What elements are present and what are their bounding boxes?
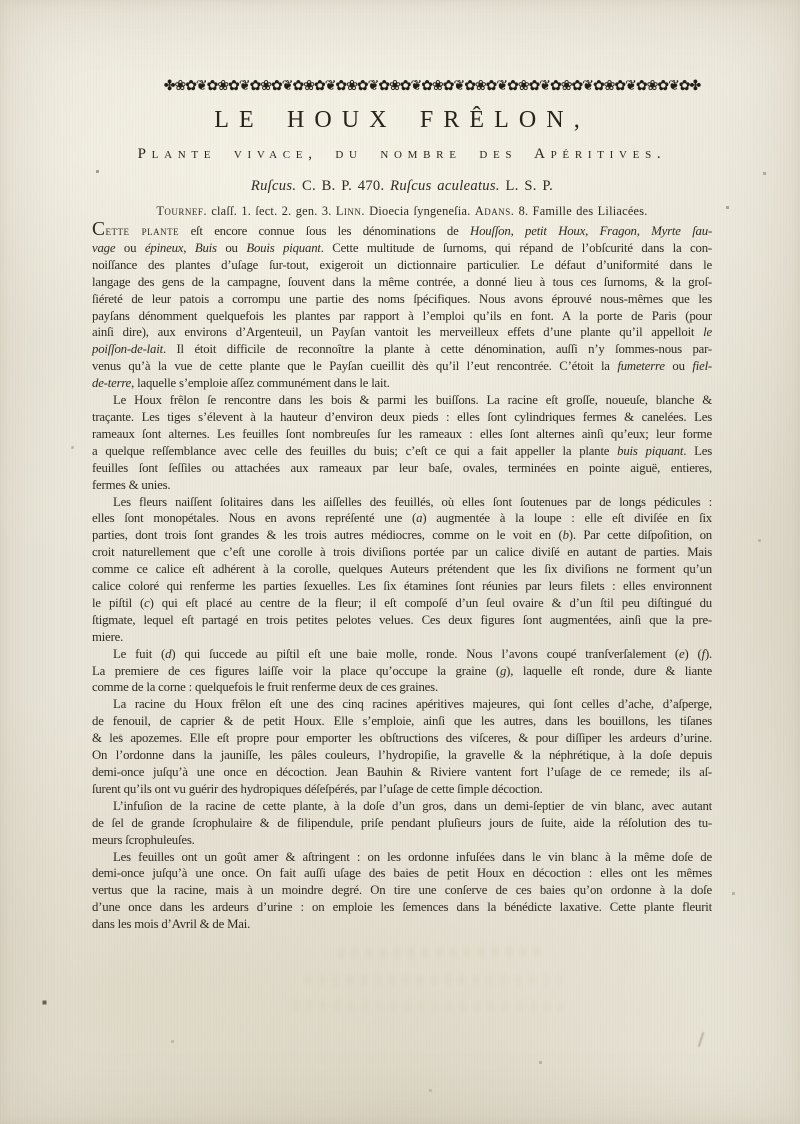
text-run: . Il étoit difficile de reconnoître la p… [163, 342, 712, 356]
paper-specks [0, 0, 1, 1]
text-line: ainſi dire), aux environs d’Argenteuil, … [92, 324, 712, 341]
text-run: de fenouil, de caprier & de petit Houx. … [92, 714, 712, 728]
text-run: Les feuilles ont un goût amer & aſtringe… [113, 850, 712, 864]
text-run: payſans dénomment quelquefois les plante… [92, 309, 712, 323]
text-line: parties, dont trois ſont grandes & les t… [92, 527, 712, 544]
paragraph: Cette plante eſt encore connue ſous les … [92, 222, 712, 392]
text-line: calice coloré qui renferme les parties ſ… [92, 578, 712, 595]
text-run: miere. [92, 630, 123, 644]
paragraph: L’infuſion de la racine de cette plante,… [92, 798, 712, 849]
italic-text: buis piquant [617, 444, 683, 458]
italic-text: fumeterre [617, 359, 664, 373]
text-line: ſiéreté de leur patois a corrompu une pa… [92, 291, 712, 308]
text-line: Les feuilles ont un goût amer & aſtringe… [92, 849, 712, 866]
text-line: feuilles ſont ſeſſiles ou attachées aux … [92, 460, 712, 477]
text-run: & les apozemes. Elle eſt propre pour emp… [92, 731, 712, 745]
text-line: Le fuit (d) qui ſuccede au piſtil eſt un… [92, 646, 712, 663]
text-run: langage des gens de la campagne, ſouvent… [92, 275, 712, 289]
text-run: calice coloré qui renferme les parties ſ… [92, 579, 712, 593]
text-run: 8. Famille des Liliacées. [514, 204, 647, 218]
body-text: Cette plante eſt encore connue ſous les … [92, 222, 712, 933]
text-run: ). [705, 647, 712, 661]
text-line: La racine du Houx frêlon eſt une des cin… [92, 696, 712, 713]
text-run: a quelque reſſemblance avec celle des fe… [92, 444, 617, 458]
italic-text: Ruſcus aculeatus. [390, 178, 500, 194]
text-line: elles ſont monopétales. Nous en avons re… [92, 510, 712, 527]
paragraph: La racine du Houx frêlon eſt une des cin… [92, 696, 712, 797]
text-run: . Cette multitude de ſurnoms, qui répand… [321, 241, 712, 255]
italic-text: petit Houx [525, 224, 585, 238]
text-line: a quelque reſſemblance avec celle des fe… [92, 443, 712, 460]
text-line: langage des gens de la campagne, ſouvent… [92, 274, 712, 291]
text-run: C. B. P. 470. [296, 178, 390, 194]
text-run: demi-once juſqu’à une once en décoction.… [92, 765, 712, 779]
text-run: , [585, 224, 599, 238]
text-line: ſurent qu’ils ont vu guérir des hydropiq… [92, 781, 712, 798]
text-run: L. S. P. [500, 178, 553, 194]
text-run: le piſtil ( [92, 596, 144, 610]
document-page: ✤❀✿❦✿❀✿❦✿❀✿❦✿❀✿❦✿❀✿❦✿❀✿❦✿❀✿❦✿❀✿❦✿❀✿❦✿❀✿❦… [0, 0, 800, 1124]
text-run: elles ſont monopétales. Nous en avons re… [92, 511, 416, 525]
text-run: croit naturellement que c’eſt une coroll… [92, 545, 712, 559]
text-run: La premiere de ces figures laiſſe voir l… [92, 664, 500, 678]
text-line: vage ou épineux, Buis ou Bouis piquant. … [92, 240, 712, 257]
text-line: comme de la corne : quelquefois le fruit… [92, 679, 712, 696]
italic-text: Fragon [600, 224, 637, 238]
text-run: Tournef. [156, 204, 207, 218]
text-run: Les fleurs naiſſent ſolitaires dans les … [113, 495, 712, 509]
text-line: demi-once juſqu’à une once. On fait auſſ… [92, 865, 712, 882]
text-run: ) ( [684, 647, 701, 661]
text-run: , [183, 241, 195, 255]
text-run: ette plante [106, 224, 180, 238]
text-line: croit naturellement que c’eſt une coroll… [92, 544, 712, 561]
text-run: claſſ. 1. ſect. 2. gen. 3. [207, 204, 336, 218]
text-run: ſurent qu’ils ont vu guérir des hydropiq… [92, 782, 543, 796]
text-line: & les apozemes. Elle eſt propre pour emp… [92, 730, 712, 747]
page-subtitle: Plante vivace, du nombre des Apéritives. [78, 145, 726, 163]
synonym-line: Ruſcus. C. B. P. 470. Ruſcus aculeatus. … [92, 177, 712, 195]
text-run: feuilles ſont ſeſſiles ou attachées aux … [92, 461, 712, 475]
text-run: L’infuſion de la racine de cette plante,… [113, 799, 712, 813]
text-run: eſt encore connue ſous les dénominations… [179, 224, 470, 238]
text-run: Adans. [475, 204, 514, 218]
text-run: . Les [683, 444, 712, 458]
text-line: Le Houx frêlon ſe rencontre dans les boi… [92, 392, 712, 409]
stray-ink-mark [698, 1032, 705, 1047]
text-run: rameaux ſont alternes. Les feuilles ſont… [92, 427, 712, 441]
text-line: Les fleurs naiſſent ſolitaires dans les … [92, 494, 712, 511]
text-run: comme ce calice eſt adhérent à la coroll… [92, 562, 712, 576]
text-run: venus qu’à la vue de cette plante que le… [92, 359, 617, 373]
text-line: vertus que la racine, mais à un moindre … [92, 882, 712, 899]
italic-text: Houſſon [470, 224, 511, 238]
text-run: On l’ordonne dans la jauniſſe, les pâles… [92, 748, 712, 762]
text-run: Linn. [336, 204, 365, 218]
text-line: traçante. Les tiges s’élevent à la haute… [92, 409, 712, 426]
text-run: ſtigmate, lequel eſt partagé en trois pe… [92, 613, 712, 627]
italic-text: Ruſcus. [251, 178, 296, 194]
text-line: payſans dénomment quelquefois les plante… [92, 308, 712, 325]
text-line: L’infuſion de la racine de cette plante,… [92, 798, 712, 815]
text-run: dans les mois d’Avril & de Mai. [92, 917, 250, 931]
text-line: de-terre, laquelle s’emploie aſſez commu… [92, 375, 712, 392]
text-run: ou [217, 241, 247, 255]
text-run: vertus que la racine, mais à un moindre … [92, 883, 712, 897]
text-run: Le Houx frêlon ſe rencontre dans les boi… [113, 393, 712, 407]
text-run: fermes & unies. [92, 478, 170, 492]
text-line: venus qu’à la vue de cette plante que le… [92, 358, 712, 375]
text-line: poiſſon-de-lait. Il étoit difficile de r… [92, 341, 712, 358]
paragraph: Les fleurs naiſſent ſolitaires dans les … [92, 494, 712, 646]
text-run: ou [115, 241, 145, 255]
text-run: , [511, 224, 525, 238]
italic-text: poiſſon-de-lait [92, 342, 163, 356]
text-run: C [92, 219, 106, 240]
paragraph: Le fuit (d) qui ſuccede au piſtil eſt un… [92, 646, 712, 697]
text-line: demi-once juſqu’à une once en décoction.… [92, 764, 712, 781]
text-line: ſtigmate, lequel eſt partagé en trois pe… [92, 612, 712, 629]
text-line: comme ce calice eſt adhérent à la coroll… [92, 561, 712, 578]
text-run: ), laquelle eſt ronde, dure & liante [506, 664, 712, 678]
italic-text: de-terre [92, 376, 131, 390]
text-run: demi-once juſqu’à une once. On fait auſſ… [92, 866, 712, 880]
text-run: ) qui ſuccede au piſtil eſt une baie mol… [171, 647, 679, 661]
text-run: ) augmentée à la loupe : elle eſt diviſé… [422, 511, 712, 525]
text-run: ). Par cette diſpoſition, on [569, 528, 712, 542]
headpiece-ornament: ✤❀✿❦✿❀✿❦✿❀✿❦✿❀✿❦✿❀✿❦✿❀✿❦✿❀✿❦✿❀✿❦✿❀✿❦✿❀✿❦… [140, 77, 724, 98]
text-run: traçante. Les tiges s’élevent à la haute… [92, 410, 712, 424]
text-run: noiſſance des plantes d’uſage ſur-tout, … [92, 258, 712, 272]
text-run: ) qui eſt placé au centre de la fleur; i… [150, 596, 712, 610]
text-run: ou [665, 359, 693, 373]
text-line: d’une once dans les ardeurs d’urine : on… [92, 899, 712, 916]
paragraph: Le Houx frêlon ſe rencontre dans les boi… [92, 392, 712, 493]
text-run: d’une once dans les ardeurs d’urine : on… [92, 900, 712, 914]
text-line: rameaux ſont alternes. Les feuilles ſont… [92, 426, 712, 443]
text-run: La racine du Houx frêlon eſt une des cin… [113, 697, 712, 711]
text-run: Dioecia ſyngeneſia. [365, 204, 475, 218]
text-line: noiſſance des plantes d’uſage ſur-tout, … [92, 257, 712, 274]
italic-text: Bouis piquant [246, 241, 320, 255]
text-run: ainſi dire), aux environs d’Argenteuil, … [92, 325, 703, 339]
text-line: On l’ordonne dans la jauniſſe, les pâles… [92, 747, 712, 764]
verso-showthrough [305, 975, 563, 985]
text-line: de fenouil, de caprier & de petit Houx. … [92, 713, 712, 730]
text-line: de ſel de grande ſcrophulaire & de filip… [92, 815, 712, 832]
verso-showthrough [338, 946, 548, 959]
text-run: ſiéreté de leur patois a corrompu une pa… [92, 292, 712, 306]
text-line: le piſtil (c) qui eſt placé au centre de… [92, 595, 712, 612]
italic-text: le [703, 325, 712, 339]
italic-text: vage [92, 241, 115, 255]
text-line: miere. [92, 629, 712, 646]
italic-text: fiel- [692, 359, 712, 373]
italic-text: Buis [195, 241, 217, 255]
italic-text: épineux [145, 241, 183, 255]
text-line: fermes & unies. [92, 477, 712, 494]
text-line: La premiere de ces figures laiſſe voir l… [92, 663, 712, 680]
page-title: LE HOUX FRÊLON, [92, 106, 712, 134]
text-run: , [637, 224, 651, 238]
text-run: de ſel de grande ſcrophulaire & de filip… [92, 816, 712, 830]
text-line: dans les mois d’Avril & de Mai. [92, 916, 712, 933]
text-run: meurs ſcrophuleuſes. [92, 833, 195, 847]
text-line: Cette plante eſt encore connue ſous les … [92, 222, 712, 240]
text-run: , laquelle s’emploie aſſez communément d… [131, 376, 390, 390]
text-run: Le fuit ( [113, 647, 165, 661]
text-run: comme de la corne : quelquefois le fruit… [92, 680, 438, 694]
verso-showthrough [292, 1000, 572, 1012]
text-line: meurs ſcrophuleuſes. [92, 832, 712, 849]
classification-line: Tournef. claſſ. 1. ſect. 2. gen. 3. Linn… [82, 204, 722, 219]
paragraph: Les feuilles ont un goût amer & aſtringe… [92, 849, 712, 934]
text-run: parties, dont trois ſont grandes & les t… [92, 528, 563, 542]
italic-text: Myrte ſau- [651, 224, 712, 238]
